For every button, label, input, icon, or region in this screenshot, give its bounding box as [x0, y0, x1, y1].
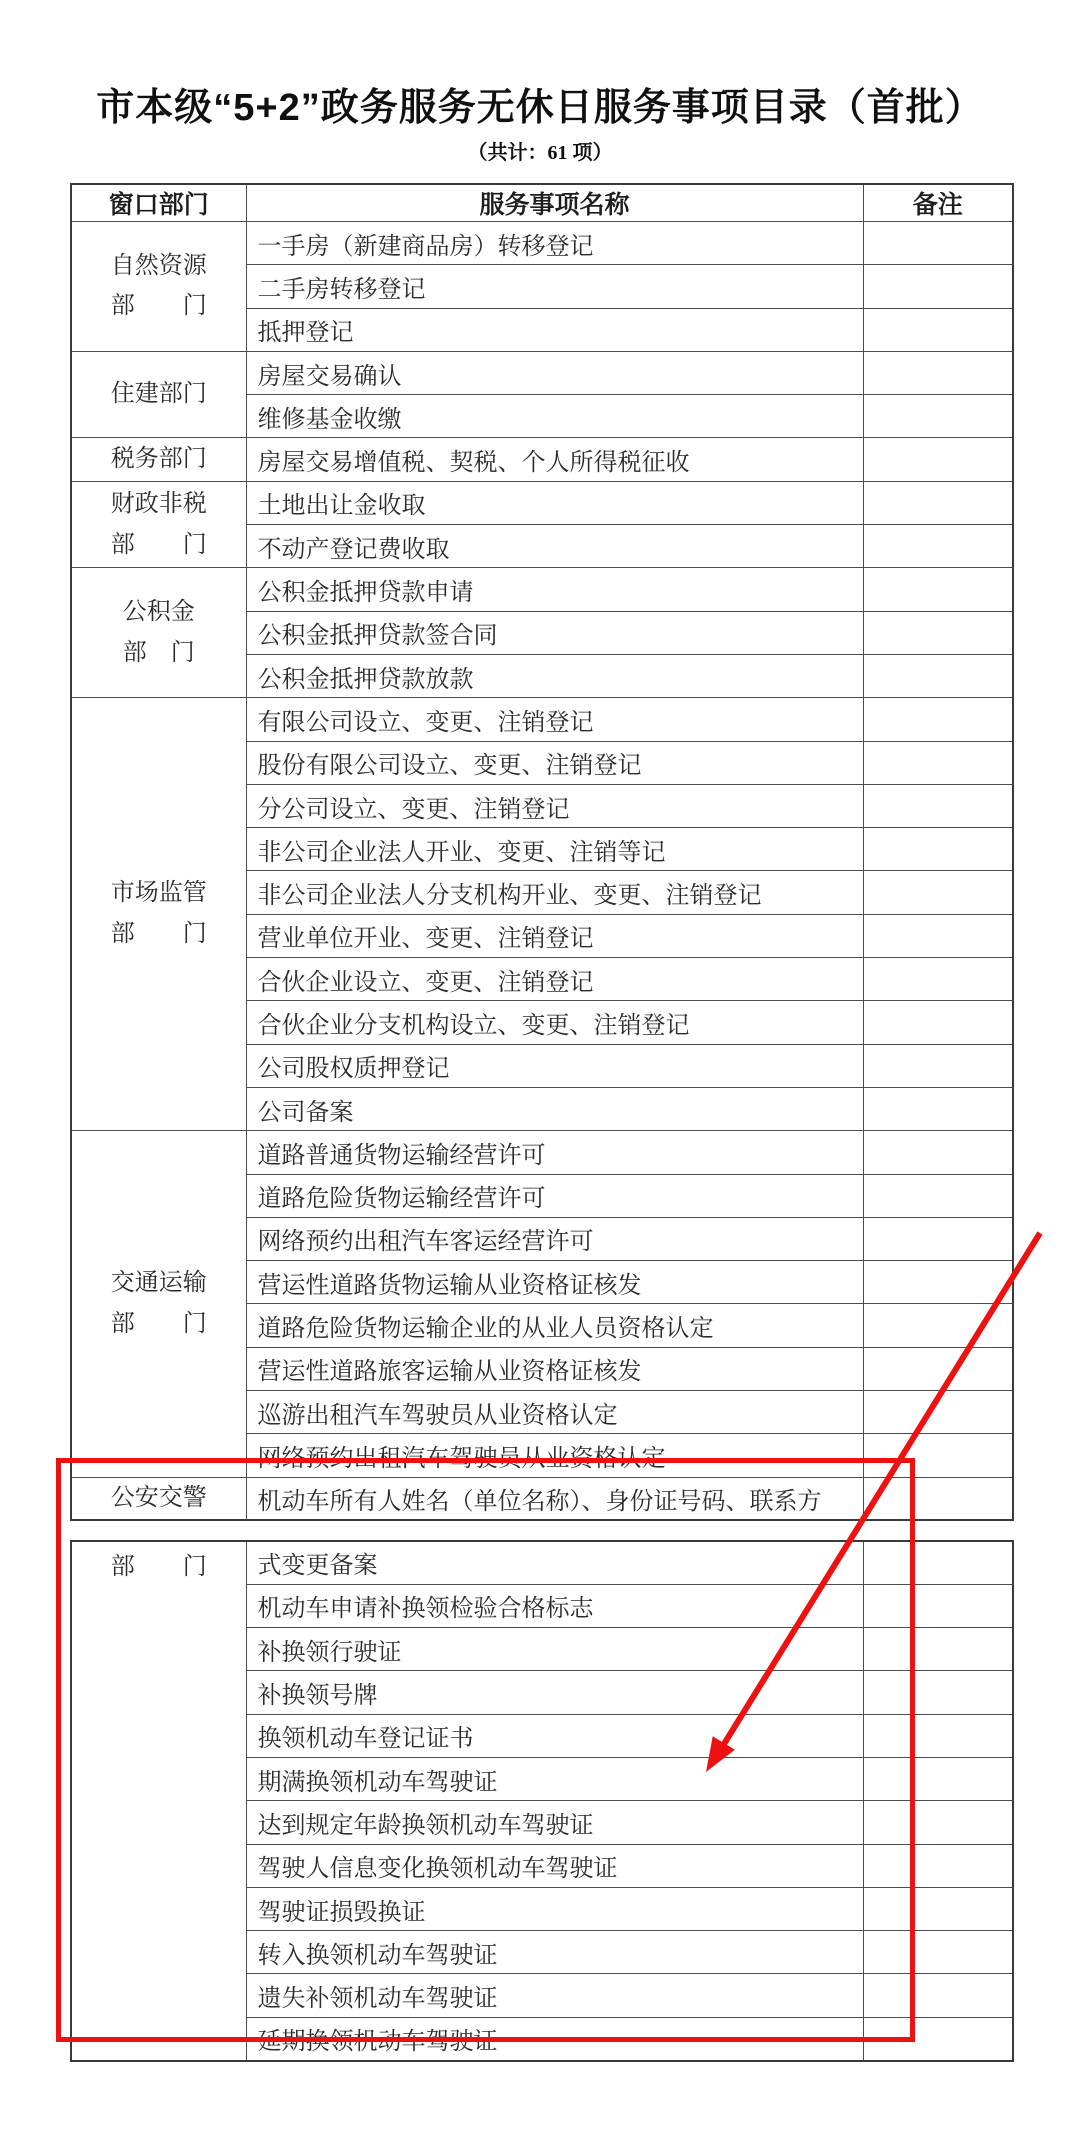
remark-cell	[863, 698, 1013, 741]
department-label-line: 住建部门	[72, 374, 246, 415]
remark-cell	[863, 265, 1013, 308]
service-item-cell: 营运性道路货物运输从业资格证核发	[246, 1261, 863, 1304]
department-label-line: 公积金	[72, 592, 246, 633]
service-item-cell: 房屋交易增值税、契税、个人所得税征收	[246, 438, 863, 481]
service-item-cell: 营运性道路旅客运输从业资格证核发	[246, 1347, 863, 1390]
service-item-cell: 非公司企业法人分支机构开业、变更、注销登记	[246, 871, 863, 914]
remark-cell	[863, 784, 1013, 827]
remark-cell	[863, 351, 1013, 394]
page-title: 市本级“5+2”政务服务无休日服务事项目录（首批）	[0, 76, 1080, 131]
department-label-line: 部 门	[72, 633, 246, 674]
service-item-cell: 二手房转移登记	[246, 265, 863, 308]
service-item-cell: 公司股权质押登记	[246, 1044, 863, 1087]
remark-cell	[863, 222, 1013, 265]
department-cell: 自然资源部 门	[71, 222, 246, 352]
service-item-cell: 道路危险货物运输经营许可	[246, 1174, 863, 1217]
remark-cell	[863, 1217, 1013, 1260]
remark-cell	[863, 438, 1013, 481]
service-item-cell: 不动产登记费收取	[246, 525, 863, 568]
remark-cell	[863, 871, 1013, 914]
header-service-name: 服务事项名称	[246, 184, 863, 222]
remark-cell	[863, 395, 1013, 438]
department-label-line: 税务部门	[72, 439, 246, 480]
remark-cell	[863, 1304, 1013, 1347]
remark-cell	[863, 828, 1013, 871]
department-label-line: 自然资源	[72, 246, 246, 287]
department-cell: 交通运输部 门	[71, 1131, 246, 1477]
service-item-cell: 网络预约出租汽车客运经营许可	[246, 1217, 863, 1260]
department-cell: 财政非税部 门	[71, 481, 246, 568]
department-label-line: 部 门	[72, 1304, 246, 1345]
remark-cell	[863, 1347, 1013, 1390]
service-item-cell: 巡游出租汽车驾驶员从业资格认定	[246, 1391, 863, 1434]
document-page: 市本级“5+2”政务服务无休日服务事项目录（首批） （共计：61 项） 窗口部门…	[0, 0, 1080, 2129]
remark-cell	[863, 481, 1013, 524]
remark-cell	[863, 1001, 1013, 1044]
service-item-cell: 合伙企业设立、变更、注销登记	[246, 958, 863, 1001]
remark-cell	[863, 654, 1013, 697]
department-label-line: 交通运输	[72, 1263, 246, 1304]
remark-cell	[863, 741, 1013, 784]
table-row: 税务部门房屋交易增值税、契税、个人所得税征收	[71, 438, 1013, 481]
service-item-cell: 公积金抵押贷款签合同	[246, 611, 863, 654]
remark-cell	[863, 1261, 1013, 1304]
remark-cell	[863, 308, 1013, 351]
service-item-cell: 一手房（新建商品房）转移登记	[246, 222, 863, 265]
remark-cell	[863, 1044, 1013, 1087]
department-label-line: 财政非税	[72, 484, 246, 525]
service-item-cell: 分公司设立、变更、注销登记	[246, 784, 863, 827]
department-label-line: 部 门	[72, 286, 246, 327]
service-item-cell: 合伙企业分支机构设立、变更、注销登记	[246, 1001, 863, 1044]
remark-cell	[863, 611, 1013, 654]
service-item-cell: 抵押登记	[246, 308, 863, 351]
table-row: 交通运输部 门道路普通货物运输经营许可	[71, 1131, 1013, 1174]
page-subtitle: （共计：61 项）	[0, 136, 1080, 165]
service-item-cell: 房屋交易确认	[246, 351, 863, 394]
service-item-cell: 维修基金收缴	[246, 395, 863, 438]
department-cell: 公积金部 门	[71, 568, 246, 698]
table-row: 住建部门房屋交易确认	[71, 351, 1013, 394]
table-header-row: 窗口部门 服务事项名称 备注	[71, 184, 1013, 222]
service-item-cell: 股份有限公司设立、变更、注销登记	[246, 741, 863, 784]
header-department: 窗口部门	[71, 184, 246, 222]
service-item-cell: 公积金抵押贷款放款	[246, 654, 863, 697]
service-item-cell: 土地出让金收取	[246, 481, 863, 524]
highlight-rectangle	[56, 1458, 915, 2042]
department-label-line: 市场监管	[72, 873, 246, 914]
service-item-cell: 公积金抵押贷款申请	[246, 568, 863, 611]
remark-cell	[863, 1174, 1013, 1217]
service-item-cell: 非公司企业法人开业、变更、注销等记	[246, 828, 863, 871]
remark-cell	[863, 914, 1013, 957]
remark-cell	[863, 1087, 1013, 1130]
service-item-cell: 营业单位开业、变更、注销登记	[246, 914, 863, 957]
department-cell: 税务部门	[71, 438, 246, 481]
department-label-line: 部 门	[72, 525, 246, 566]
remark-cell	[863, 958, 1013, 1001]
remark-cell	[863, 1131, 1013, 1174]
table-row: 公积金部 门公积金抵押贷款申请	[71, 568, 1013, 611]
remark-cell	[863, 1391, 1013, 1434]
department-cell: 住建部门	[71, 351, 246, 438]
department-label-line: 部 门	[72, 914, 246, 955]
header-remark: 备注	[863, 184, 1013, 222]
table-row: 市场监管部 门有限公司设立、变更、注销登记	[71, 698, 1013, 741]
remark-cell	[863, 525, 1013, 568]
service-item-cell: 道路普通货物运输经营许可	[246, 1131, 863, 1174]
service-item-cell: 道路危险货物运输企业的从业人员资格认定	[246, 1304, 863, 1347]
department-cell: 市场监管部 门	[71, 698, 246, 1131]
service-item-cell: 公司备案	[246, 1087, 863, 1130]
service-item-cell: 有限公司设立、变更、注销登记	[246, 698, 863, 741]
table-row: 自然资源部 门一手房（新建商品房）转移登记	[71, 222, 1013, 265]
remark-cell	[863, 568, 1013, 611]
table-row: 财政非税部 门土地出让金收取	[71, 481, 1013, 524]
catalog-table-part-1: 窗口部门 服务事项名称 备注 自然资源部 门一手房（新建商品房）转移登记二手房转…	[70, 183, 1014, 1521]
